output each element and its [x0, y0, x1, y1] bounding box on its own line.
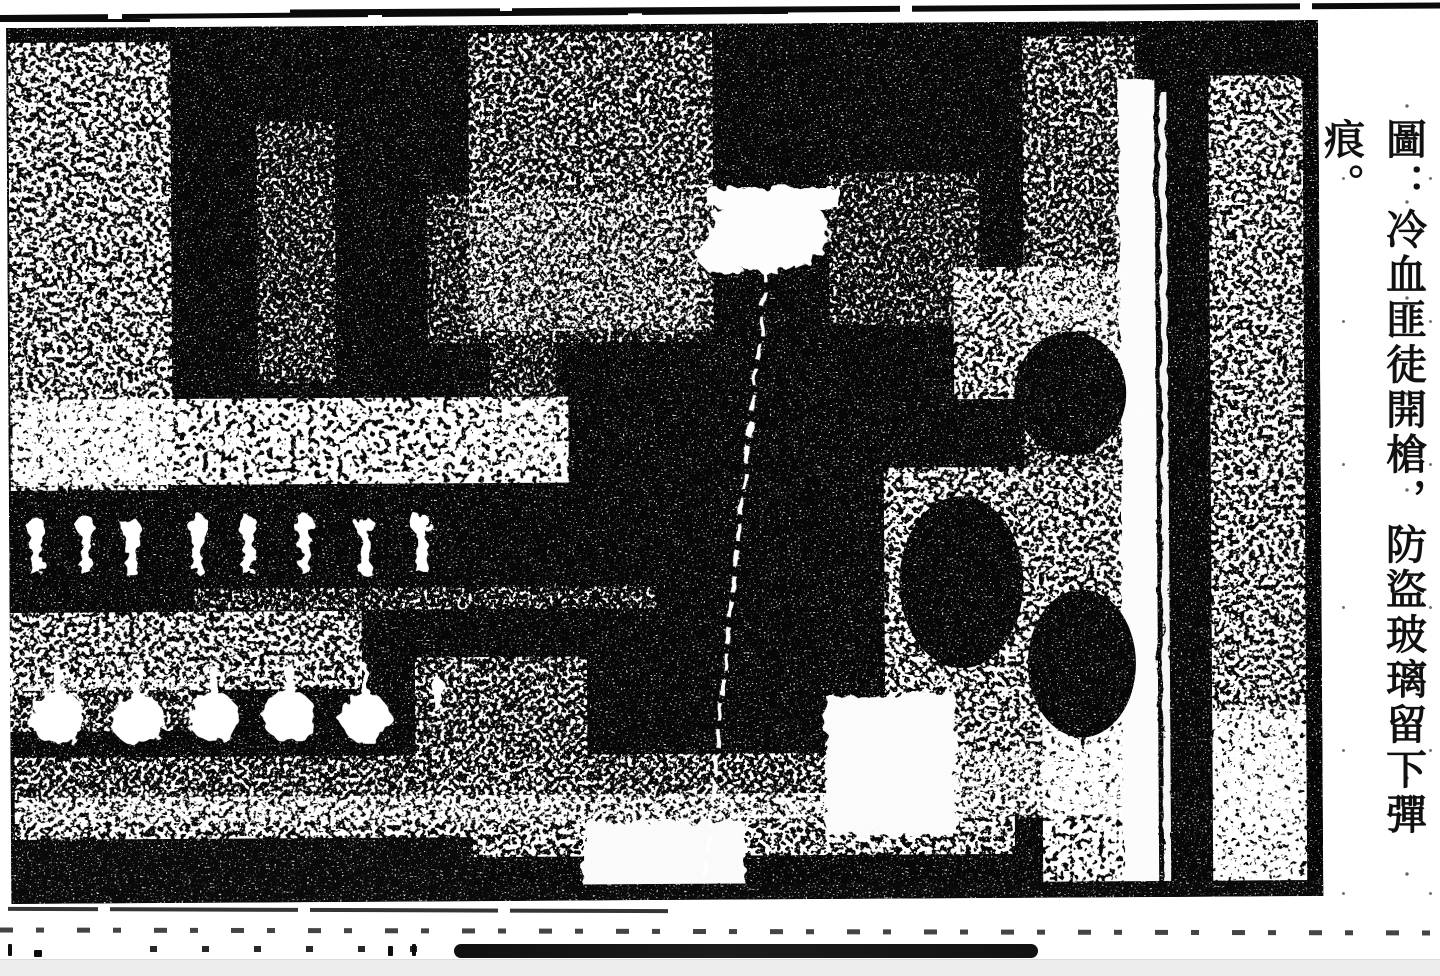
news-photo — [6, 20, 1323, 904]
scan-artifact-top-line — [0, 19, 150, 22]
scanned-newspaper-page: 圖：冷血匪徒開槍，防盜玻璃留下彈痕。 — [0, 0, 1440, 976]
scan-speck — [8, 944, 12, 956]
scan-artifact-noise-row — [150, 946, 450, 952]
scan-artifact-noise-row — [0, 927, 1440, 935]
halftone-image — [6, 20, 1323, 904]
scan-speck — [34, 950, 42, 957]
home-indicator-bar[interactable] — [454, 944, 1038, 958]
scan-speck — [412, 944, 416, 956]
scan-artifact-top-line — [290, 2, 1440, 15]
bottom-gray-strip — [0, 959, 1440, 976]
scan-speckle-margin — [1326, 50, 1438, 930]
scan-artifact-line — [8, 907, 668, 913]
scan-speck — [388, 946, 393, 956]
